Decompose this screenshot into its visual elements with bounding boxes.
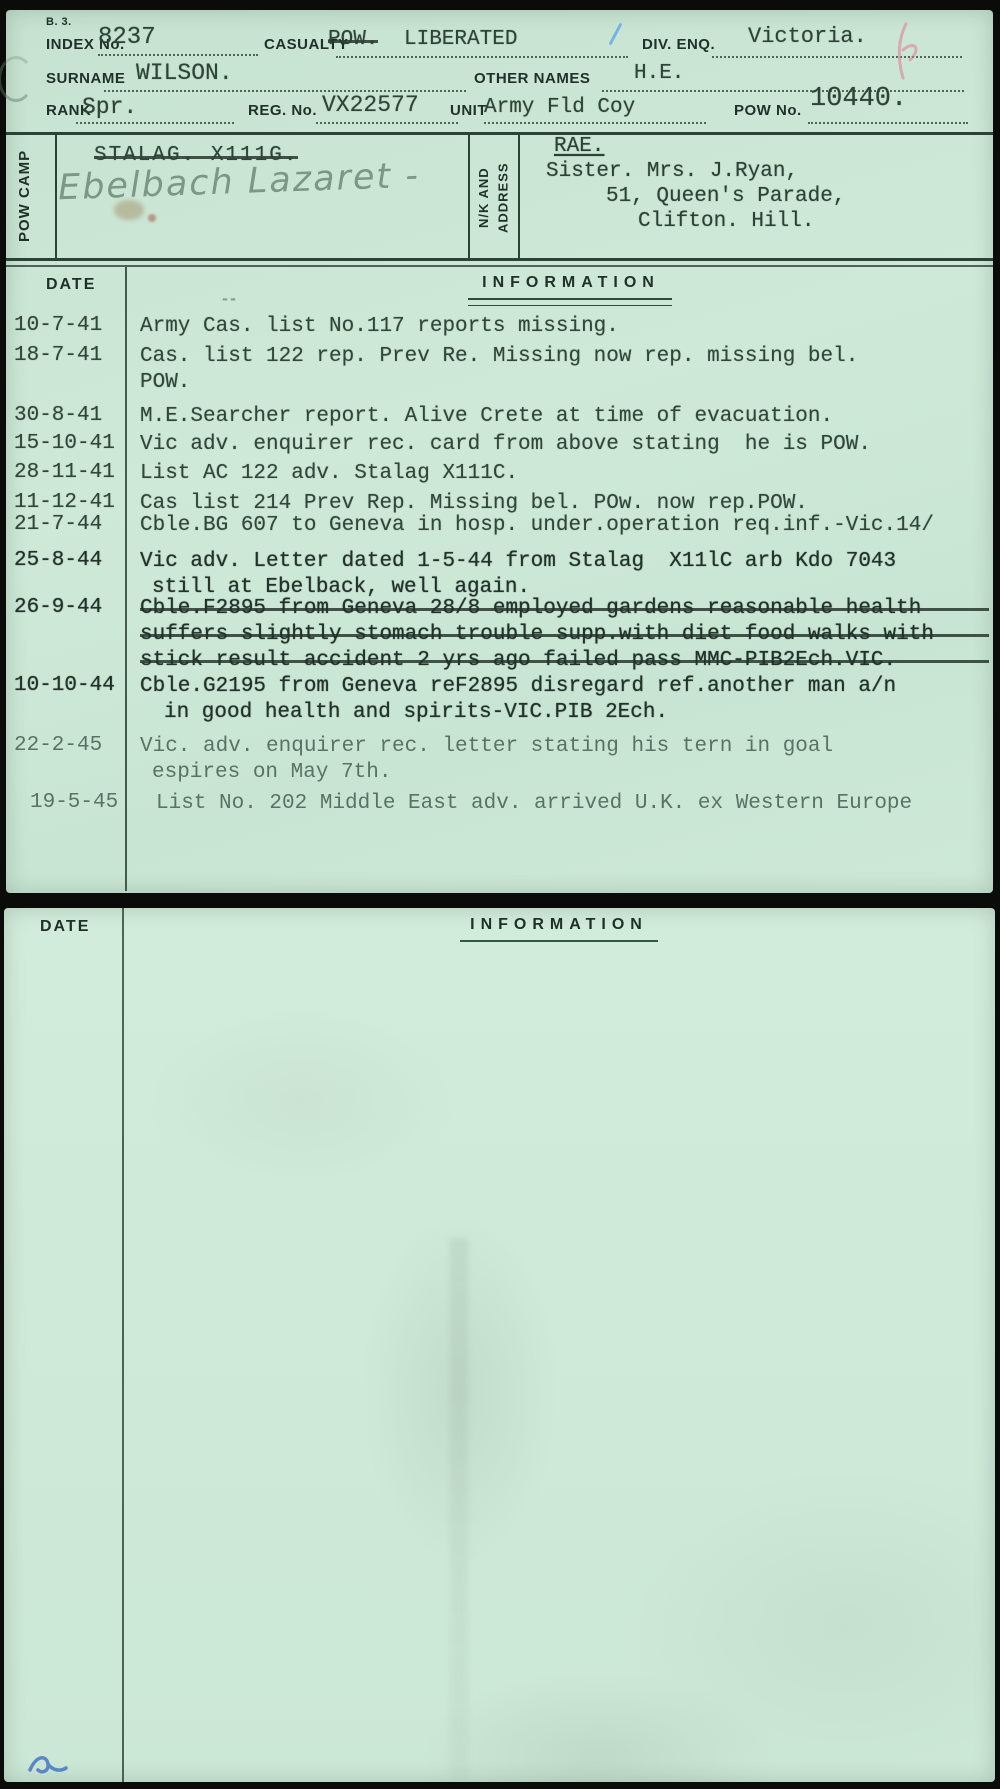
entry-line: M.E.Searcher report. Alive Crete at time…	[140, 404, 989, 430]
entry-lines: Cble.G2195 from Geneva reF2895 disregard…	[140, 674, 989, 726]
entry-line: Cble.G2195 from Geneva reF2895 disregard…	[140, 674, 989, 700]
entry-line: POW.	[140, 370, 989, 396]
entry-line: Cble.BG 607 to Geneva in hosp. under.ope…	[140, 513, 989, 539]
entry-line: in good health and spirits-VIC.PIB 2Ech.	[140, 700, 989, 726]
entry-lines: List No. 202 Middle East adv. arrived U.…	[140, 791, 989, 817]
entry-date: 26-9-44	[14, 596, 102, 619]
entry-line: espires on May 7th.	[140, 760, 989, 786]
log-entry: 15-10-41Vic adv. enquirer rec. card from…	[6, 432, 989, 458]
entry-date: 28-11-41	[14, 461, 115, 484]
entry-line: Vic. adv. enquirer rec. letter stating h…	[140, 734, 989, 760]
log-entry: 21-7-44Cble.BG 607 to Geneva in hosp. un…	[6, 513, 989, 539]
scanned-pow-record: B. 3. INDEX No. 8237 CASUALTY POW. LIBER…	[0, 0, 1000, 1789]
entry-lines: Vic adv. Letter dated 1-5-44 from Stalag…	[140, 549, 989, 601]
entry-date: 25-8-44	[14, 549, 102, 572]
log-entry: 30-8-41M.E.Searcher report. Alive Crete …	[6, 404, 989, 430]
entry-date: 10-7-41	[14, 314, 102, 337]
card-pow-record: B. 3. INDEX No. 8237 CASUALTY POW. LIBER…	[6, 10, 993, 893]
log-entry: 26-9-44Cble.F2895 from Geneva 28/8 emplo…	[6, 596, 989, 674]
entry-date: 22-2-45	[14, 734, 102, 757]
entry-line: List No. 202 Middle East adv. arrived U.…	[140, 791, 989, 817]
entry-lines: Cble.F2895 from Geneva 28/8 employed gar…	[140, 596, 989, 674]
entry-date: 11-12-41	[14, 491, 115, 514]
log-entry: 10-10-44Cble.G2195 from Geneva reF2895 d…	[6, 674, 989, 726]
entry-lines: Cble.BG 607 to Geneva in hosp. under.ope…	[140, 513, 989, 539]
entry-line: suffers slightly stomach trouble supp.wi…	[140, 622, 989, 648]
blue-pencil-squiggle	[22, 1744, 72, 1780]
entry-date: 21-7-44	[14, 513, 102, 536]
entry-line: Vic adv. Letter dated 1-5-44 from Stalag…	[140, 549, 989, 575]
pink-pencil-mark	[884, 18, 934, 88]
log-entry: 18-7-41Cas. list 122 rep. Prev Re. Missi…	[6, 344, 989, 396]
entry-date: 15-10-41	[14, 432, 115, 455]
entry-date: 10-10-44	[14, 674, 115, 697]
entry-line: stick result accident 2 yrs ago failed p…	[140, 648, 989, 674]
entry-line: Army Cas. list No.117 reports missing.	[140, 314, 989, 340]
date-column-header: DATE	[40, 918, 90, 936]
log-entry: 28-11-41List AC 122 adv. Stalag X111C.	[6, 461, 989, 487]
entry-date: 18-7-41	[14, 344, 102, 367]
information-header-underline	[460, 940, 658, 942]
entry-lines: List AC 122 adv. Stalag X111C.	[140, 461, 989, 487]
log-entries: 10-7-41Army Cas. list No.117 reports mis…	[6, 10, 993, 893]
entry-line: Vic adv. enquirer rec. card from above s…	[140, 432, 989, 458]
log-entry: 22-2-45Vic. adv. enquirer rec. letter st…	[6, 734, 989, 786]
entry-line: List AC 122 adv. Stalag X111C.	[140, 461, 989, 487]
entry-line: Cble.F2895 from Geneva 28/8 employed gar…	[140, 596, 989, 622]
information-column-header: INFORMATION	[394, 916, 724, 934]
entry-lines: M.E.Searcher report. Alive Crete at time…	[140, 404, 989, 430]
entry-lines: Vic. adv. enquirer rec. letter stating h…	[140, 734, 989, 786]
date-column-divider	[122, 908, 124, 1782]
log-entry: 10-7-41Army Cas. list No.117 reports mis…	[6, 314, 989, 340]
entry-date: 19-5-45	[30, 791, 118, 814]
entry-line: Cas. list 122 rep. Prev Re. Missing now …	[140, 344, 989, 370]
entry-lines: Cas. list 122 rep. Prev Re. Missing now …	[140, 344, 989, 396]
card-continuation: DATE INFORMATION	[4, 908, 995, 1782]
log-entry: 25-8-44Vic adv. Letter dated 1-5-44 from…	[6, 549, 989, 601]
entry-lines: Army Cas. list No.117 reports missing.	[140, 314, 989, 340]
entry-lines: Vic adv. enquirer rec. card from above s…	[140, 432, 989, 458]
scan-streak	[450, 1238, 468, 1778]
log-entry: 19-5-45List No. 202 Middle East adv. arr…	[6, 791, 989, 817]
entry-date: 30-8-41	[14, 404, 102, 427]
